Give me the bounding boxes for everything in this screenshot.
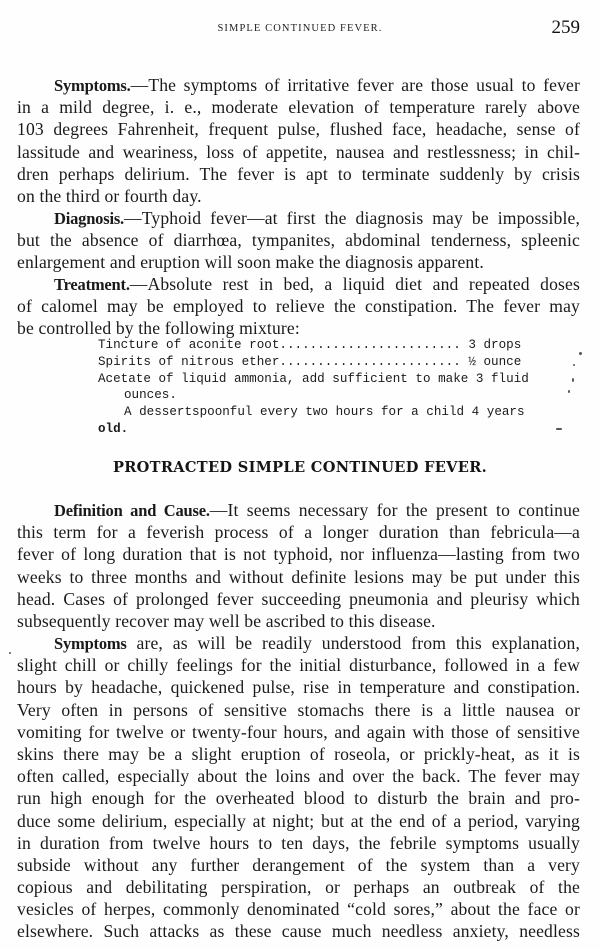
prescription-directions: old. [98, 421, 483, 438]
paragraph-line: weeks to three months and without defini… [17, 566, 580, 588]
paragraph-line: Symptoms.—The symptoms of irritative fev… [17, 74, 580, 96]
paragraph-line: subside without any further derangement … [17, 854, 580, 876]
definition-paragraph: Definition and Cause.—It seems necessary… [17, 499, 580, 632]
scan-speck [579, 352, 582, 355]
prescription-item: Spirits of nitrous ether................… [98, 354, 483, 371]
paragraph-line: in a mild degree, i. e., moderate elevat… [17, 96, 580, 118]
paragraph-line: head. Cases of prolonged fever succeedin… [17, 588, 580, 610]
paragraph-line: often called, especially about the loins… [17, 765, 580, 787]
scan-speck [568, 390, 570, 393]
paragraph-line: 103 degrees Fahrenheit, frequent pulse, … [17, 118, 580, 140]
paragraph-line: Treatment.—Absolute rest in bed, a liqui… [17, 273, 580, 295]
symptoms-paragraph: Symptoms.—The symptoms of irritative fev… [17, 74, 580, 207]
prescription-directions: A dessertspoonful every two hours for a … [98, 404, 483, 421]
paragraph-line: elsewhere. Such attacks as these cause m… [17, 920, 580, 942]
paragraph-line: subsequently recover may well be ascribe… [17, 610, 580, 632]
paragraph-line: but the absence of diarrhœa, tympanites,… [17, 229, 580, 251]
diagnosis-paragraph: Diagnosis.—Typhoid fever—at first the di… [17, 207, 580, 274]
paragraph-line: of calomel may be employed to relieve th… [17, 295, 580, 317]
treatment-lead: Treatment. [54, 275, 130, 294]
paragraph-line: Very often in persons of sensitive stoma… [17, 699, 580, 721]
prescription-amount: 3 drops [468, 338, 521, 352]
prescription-block: Tincture of aconite root................… [98, 337, 483, 438]
running-title: SIMPLE CONTINUED FEVER. [0, 23, 600, 34]
paragraph-line: lassitude and weariness, loss of appetit… [17, 141, 580, 163]
paragraph-line: fever of long duration that is not typho… [17, 543, 580, 565]
prescription-amount: ½ ounce [468, 355, 521, 369]
prescription-item: Tincture of aconite root................… [98, 337, 483, 354]
scan-speck [573, 364, 575, 366]
definition-lead: Definition and Cause. [54, 501, 210, 520]
page-number: 259 [552, 17, 581, 39]
paragraph-line: vomiting for twelve or twenty-four hours… [17, 721, 580, 743]
symptoms-protracted-lead: Symptoms [54, 634, 127, 653]
scan-speck [9, 652, 11, 654]
paragraph-line: in duration from twelve hours to ten day… [17, 832, 580, 854]
paragraph-line: enlargement and eruption will soon make … [17, 251, 580, 273]
paragraph-line: hours by headache, quickened pulse, rise… [17, 676, 580, 698]
section-heading: PROTRACTED SIMPLE CONTINUED FEVER. [0, 459, 600, 476]
paragraph-line: this term for a feverish process of a lo… [17, 521, 580, 543]
paragraph-line: slight chill or chilly feelings for the … [17, 654, 580, 676]
paragraph-line: vesicles of herpes, commonly denominated… [17, 898, 580, 920]
paragraph-line: Definition and Cause.—It seems necessary… [17, 499, 580, 521]
scan-speck [572, 378, 574, 382]
paragraph-line: copious and debilitating perspiration, o… [17, 876, 580, 898]
diagnosis-lead: Diagnosis. [54, 209, 124, 228]
paragraph-line: run high enough for the overheated blood… [17, 787, 580, 809]
scan-speck [556, 428, 562, 430]
paragraph-line: Diagnosis.—Typhoid fever—at first the di… [17, 207, 580, 229]
symptoms-protracted-paragraph: Symptoms are, as will be readily underst… [17, 632, 580, 943]
book-page: SIMPLE CONTINUED FEVER. 259 Symptoms.—Th… [0, 0, 600, 949]
symptoms-lead: Symptoms. [54, 76, 131, 95]
paragraph-line: dren perhaps delirium. The fever is apt … [17, 163, 580, 185]
paragraph-line: duce some delirium, especially at night;… [17, 810, 580, 832]
treatment-paragraph: Treatment.—Absolute rest in bed, a liqui… [17, 273, 580, 340]
prescription-line: Acetate of liquid ammonia, add sufficien… [98, 371, 483, 388]
paragraph-line: skins there may be a slight eruption of … [17, 743, 580, 765]
paragraph-line: Symptoms are, as will be readily underst… [17, 632, 580, 654]
paragraph-line: on the third or fourth day. [17, 185, 580, 207]
prescription-line: ounces. [98, 387, 483, 404]
